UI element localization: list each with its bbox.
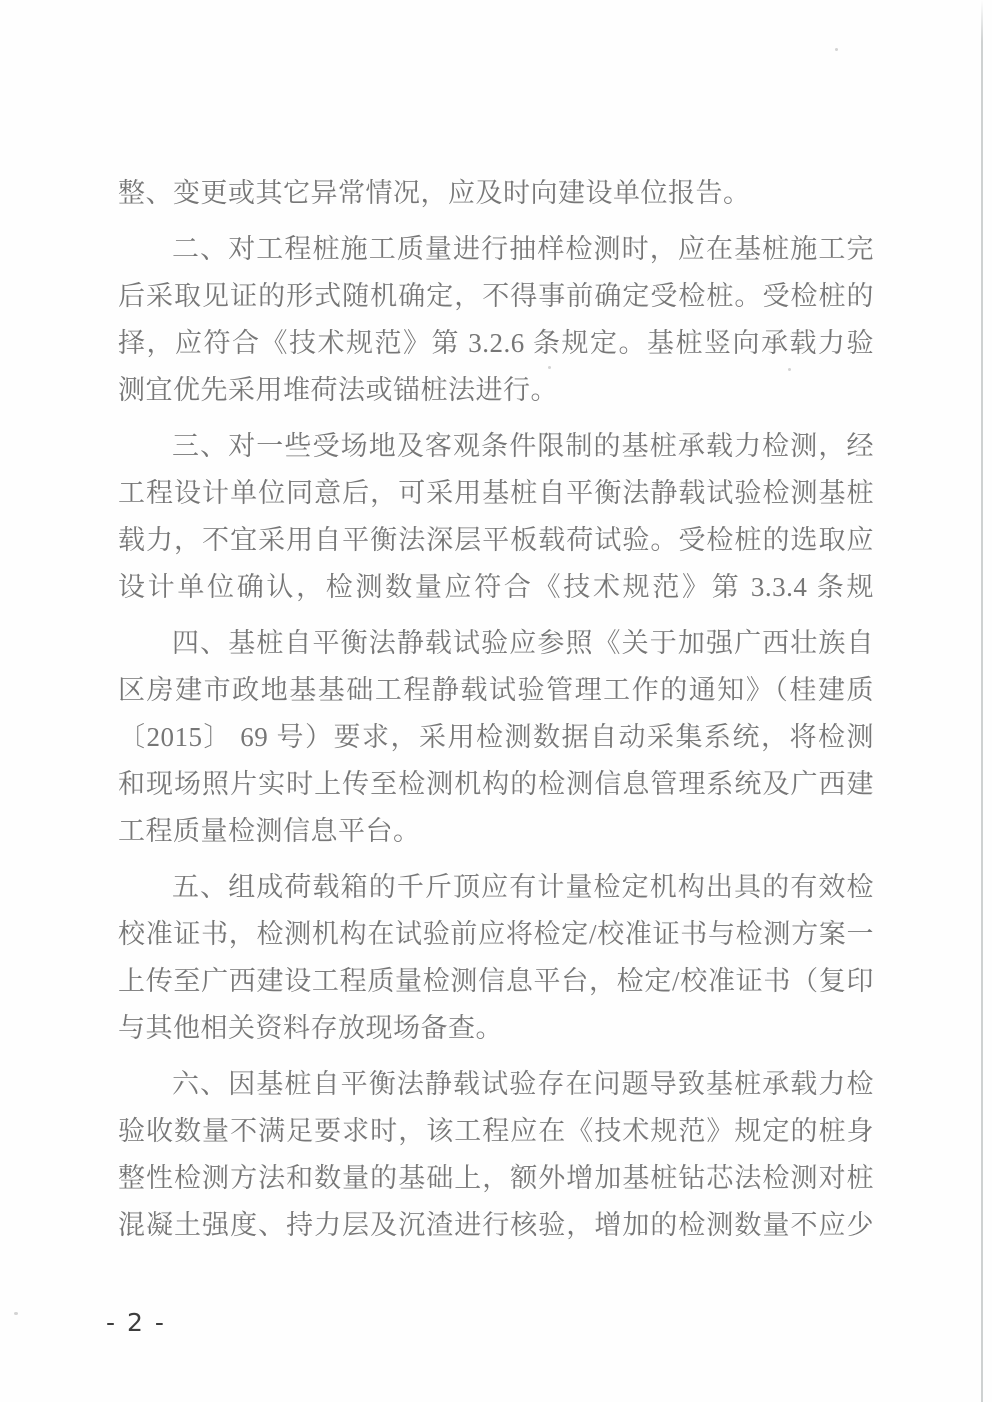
scan-speck <box>835 48 838 51</box>
text-line: 工程设计单位同意后，可采用基桩自平衡法静载试验检测基桩承 <box>118 470 874 517</box>
text-line: 与其他相关资料存放现场备查。 <box>118 1005 874 1052</box>
text-line: 载力，不宜采用自平衡法深层平板载荷试验。受检桩的选取应经 <box>118 517 874 564</box>
text-line: 择，应符合《技术规范》第 3.2.6 条规定。基桩竖向承载力验收检 <box>118 320 874 367</box>
scan-speck <box>788 368 791 371</box>
text-line: 整、变更或其它异常情况，应及时向建设单位报告。 <box>118 170 874 217</box>
text-line: 设计单位确认，检测数量应符合《技术规范》第 3.3.4 条规定。 <box>118 564 874 611</box>
paragraph: 二、对工程桩施工质量进行抽样检测时，应在基桩施工完成后采取见证的形式随机确定，不… <box>118 226 874 414</box>
text-line: 校准证书，检测机构在试验前应将检定/校准证书与检测方案一同 <box>118 911 874 958</box>
paragraph: 四、基桩自平衡法静载试验应参照《关于加强广西壮族自治区房建市政地基基础工程静载试… <box>118 620 874 855</box>
page-number: - 2 - <box>106 1308 166 1337</box>
text-line: 和现场照片实时上传至检测机构的检测信息管理系统及广西建设 <box>118 761 874 808</box>
paragraph: 整、变更或其它异常情况，应及时向建设单位报告。 <box>118 170 874 217</box>
text-line: 后采取见证的形式随机确定，不得事前确定受检桩。受检桩的选 <box>118 273 874 320</box>
text-line: 〔2015〕 69 号）要求，采用检测数据自动采集系统，将检测数据 <box>118 714 874 761</box>
text-line: 工程质量检测信息平台。 <box>118 808 874 855</box>
text-line: 上传至广西建设工程质量检测信息平台，检定/校准证书（复印件） <box>118 958 874 1005</box>
text-line: 二、对工程桩施工质量进行抽样检测时，应在基桩施工完成 <box>118 226 874 273</box>
paragraph: 三、对一些受场地及客观条件限制的基桩承载力检测，经本工程设计单位同意后，可采用基… <box>118 423 874 611</box>
scan-edge-artifact <box>981 0 983 1402</box>
text-line: 测宜优先采用堆荷法或锚桩法进行。 <box>118 367 874 414</box>
text-line: 混凝土强度、持力层及沉渣进行核验，增加的检测数量不应少于 <box>118 1202 874 1249</box>
text-line: 区房建市政地基基础工程静载试验管理工作的通知》（桂建质安监 <box>118 667 874 714</box>
text-line: 四、基桩自平衡法静载试验应参照《关于加强广西壮族自治 <box>118 620 874 667</box>
scanned-document-page: 整、变更或其它异常情况，应及时向建设单位报告。二、对工程桩施工质量进行抽样检测时… <box>0 0 992 1402</box>
text-line: 验收数量不满足要求时，该工程应在《技术规范》规定的桩身完 <box>118 1108 874 1155</box>
scan-speck <box>14 1312 18 1315</box>
document-text-block: 整、变更或其它异常情况，应及时向建设单位报告。二、对工程桩施工质量进行抽样检测时… <box>118 170 874 1249</box>
text-line: 六、因基桩自平衡法静载试验存在问题导致基桩承载力检测 <box>118 1061 874 1108</box>
text-line: 三、对一些受场地及客观条件限制的基桩承载力检测，经本 <box>118 423 874 470</box>
paragraph: 五、组成荷载箱的千斤顶应有计量检定机构出具的有效检定/校准证书，检测机构在试验前… <box>118 864 874 1052</box>
text-line: 整性检测方法和数量的基础上，额外增加基桩钻芯法检测对桩身 <box>118 1155 874 1202</box>
text-line: 五、组成荷载箱的千斤顶应有计量检定机构出具的有效检定/ <box>118 864 874 911</box>
paragraph: 六、因基桩自平衡法静载试验存在问题导致基桩承载力检测验收数量不满足要求时，该工程… <box>118 1061 874 1249</box>
scan-speck <box>548 366 551 369</box>
